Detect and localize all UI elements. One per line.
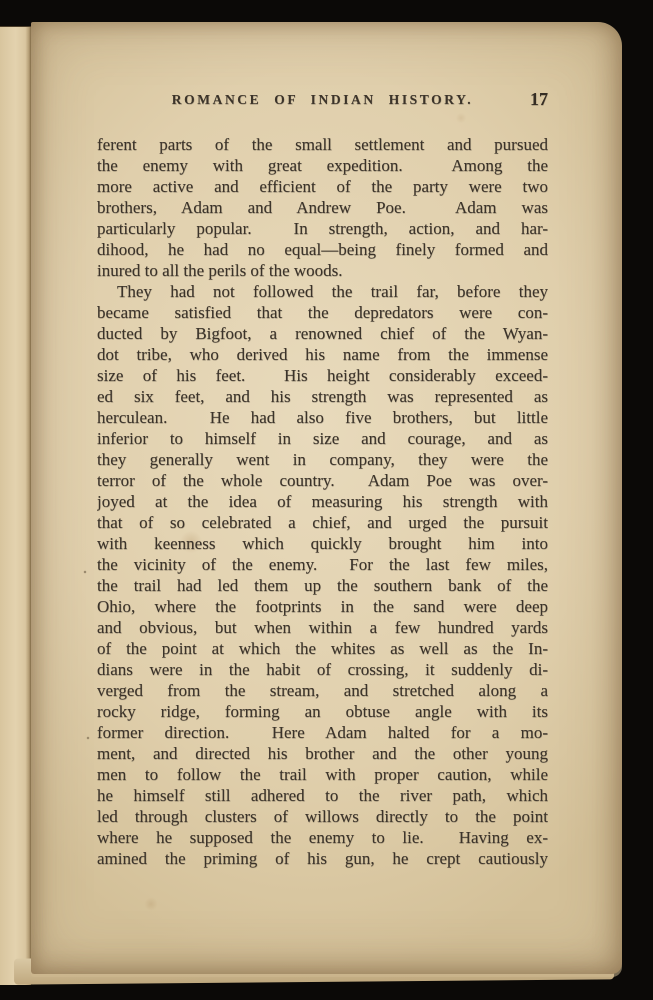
text-line: joyed at the idea of measuring his stren… xyxy=(97,491,548,512)
text-line: size of his feet. His height considerabl… xyxy=(97,365,548,386)
text-line: verged from the stream, and stretched al… xyxy=(97,680,548,701)
text-line: dians were in the habit of crossing, it … xyxy=(97,659,548,680)
text-line: that of so celebrated a chief, and urged… xyxy=(97,512,548,533)
text-line: became satisfied that the depredators we… xyxy=(97,302,548,323)
text-line: ment, and directed his brother and the o… xyxy=(97,743,548,764)
text-line: the enemy with great expedition. Among t… xyxy=(97,155,548,176)
text-line: inured to all the perils of the woods. xyxy=(97,260,548,281)
text-line: the trail had led them up the southern b… xyxy=(97,575,548,596)
text-line: ed six feet, and his strength was repres… xyxy=(97,386,548,407)
text-line: terror of the whole country. Adam Poe wa… xyxy=(97,470,548,491)
page-gutter-edge xyxy=(0,26,31,985)
text-line: former direction. Here Adam halted for a… xyxy=(97,722,548,743)
running-header-title: ROMANCE OF INDIAN HISTORY. xyxy=(97,92,548,108)
text-line: inferior to himself in size and courage,… xyxy=(97,428,548,449)
text-line: ducted by Bigfoot, a renowned chief of t… xyxy=(97,323,548,344)
text-line: amined the priming of his gun, he crept … xyxy=(97,848,548,869)
book-page: ROMANCE OF INDIAN HISTORY. 17 ferent par… xyxy=(31,22,622,974)
text-line: more active and efficient of the party w… xyxy=(97,176,548,197)
text-line: Ohio, where the footprints in the sand w… xyxy=(97,596,548,617)
text-line: where he supposed the enemy to lie. Havi… xyxy=(97,827,548,848)
text-line: ferent parts of the small settlement and… xyxy=(97,134,548,155)
text-line: dot tribe, who derived his name from the… xyxy=(97,344,548,365)
page-number: 17 xyxy=(530,89,548,110)
text-line: he himself still adhered to the river pa… xyxy=(97,785,548,806)
text-line: they generally went in company, they wer… xyxy=(97,449,548,470)
text-line: They had not followed the trail far, bef… xyxy=(97,281,548,302)
text-line: the vicinity of the enemy. For the last … xyxy=(97,554,548,575)
text-line: men to follow the trail with proper caut… xyxy=(97,764,548,785)
scanned-book-photo: ROMANCE OF INDIAN HISTORY. 17 ferent par… xyxy=(0,0,653,1000)
running-header: ROMANCE OF INDIAN HISTORY. 17 xyxy=(97,92,548,114)
text-line: rocky ridge, forming an obtuse angle wit… xyxy=(97,701,548,722)
text-line: with keenness which quickly brought him … xyxy=(97,533,548,554)
body-text: ferent parts of the small settlement and… xyxy=(97,134,548,869)
text-line: of the point at which the whites as well… xyxy=(97,638,548,659)
text-line: and obvious, but when within a few hundr… xyxy=(97,617,548,638)
text-line: led through clusters of willows directly… xyxy=(97,806,548,827)
text-line: brothers, Adam and Andrew Poe. Adam was xyxy=(97,197,548,218)
text-line: dihood, he had no equal—being finely for… xyxy=(97,239,548,260)
text-line: herculean. He had also five brothers, bu… xyxy=(97,407,548,428)
text-line: particularly popular. In strength, actio… xyxy=(97,218,548,239)
